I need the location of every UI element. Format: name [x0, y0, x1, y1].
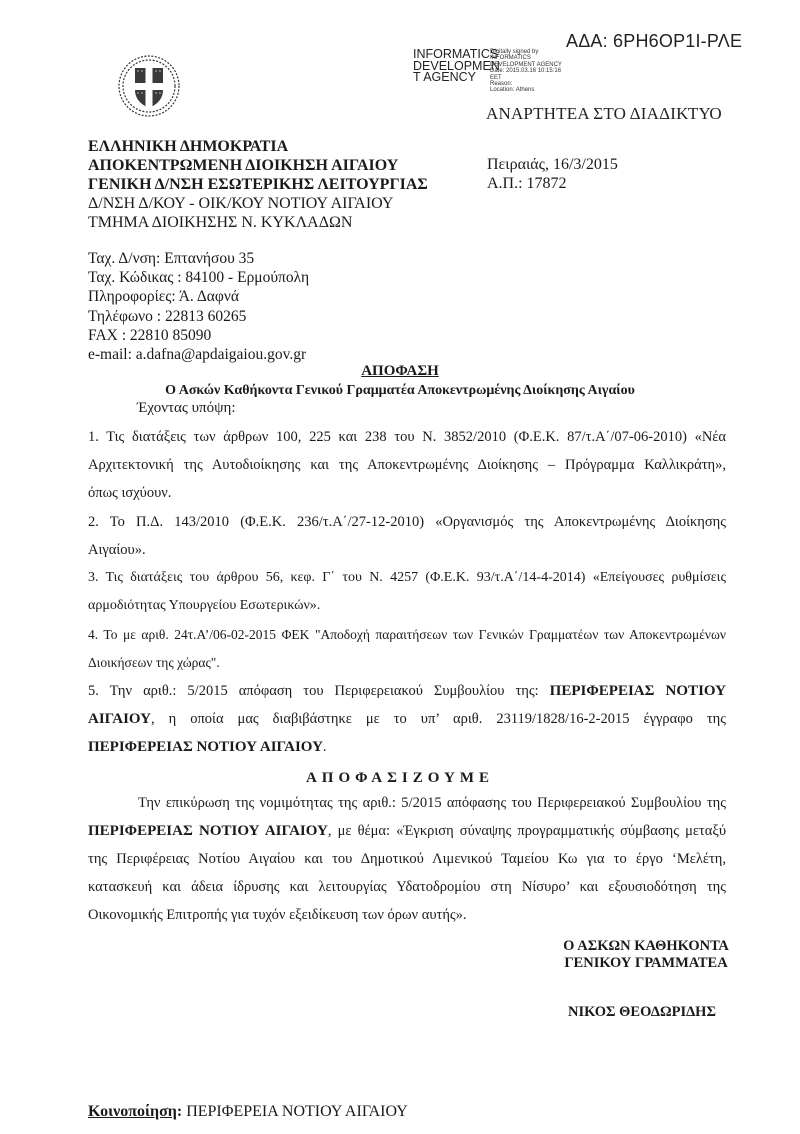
header-line: Δ/ΝΣΗ Δ/ΚΟΥ - ΟΙΚ/ΚΟΥ ΝΟΤΙΟΥ ΑΙΓΑΙΟΥ [88, 194, 428, 213]
signer-role: Ο ΑΣΚΩΝ ΚΑΘΗΚΟΝΤΑ ΓΕΝΙΚΟΥ ΓΡΑΜΜΑΤΕΑ [556, 938, 736, 972]
signature-detail-line: Location: Athens [490, 87, 562, 93]
header-line: ΤΜΗΜΑ ΔΙΟΙΚΗΣΗΣ Ν. ΚΥΚΛΑΔΩΝ [88, 213, 428, 232]
signer-role-line: ΓΕΝΙΚΟΥ ΓΡΑΜΜΑΤΕΑ [556, 955, 736, 972]
decision-body: Την επικύρωση της νομιμότητας της αριθ.:… [88, 789, 726, 929]
consideration-item-4: 4. Το με αριθ. 24τ.Α’/06-02-2015 ΦΕΚ "Απ… [88, 621, 726, 677]
place-date: Πειραιάς, 16/3/2015 [487, 155, 618, 174]
signer-role-line: Ο ΑΣΚΩΝ ΚΑΘΗΚΟΝΤΑ [556, 938, 736, 955]
notification-recipient: ΠΕΡΙΦΕΡΕΙΑ ΝΟΤΙΟΥ ΑΙΓΑΙΟΥ [186, 1103, 408, 1120]
contact-info: Ταχ. Δ/νση: Επτανήσου 35 Ταχ. Κώδικας : … [88, 249, 309, 364]
ada-code: ΑΔΑ: 6ΡΗ6ΟΡ1Ι-ΡΛΕ [566, 31, 742, 52]
contact-fax: FAX : 22810 85090 [88, 326, 309, 345]
consideration-item-1: 1. Τις διατάξεις των άρθρων 100, 225 και… [88, 423, 726, 507]
header-line: ΑΠΟΚΕΝΤΡΩΜΕΝΗ ΔΙΟΙΚΗΣΗ ΑΙΓΑΙΟΥ [88, 156, 428, 175]
notification-label: Κοινοποίηση [88, 1103, 177, 1120]
contact-info-person: Πληροφορίες: Ά. Δαφνά [88, 287, 309, 306]
header-line: ΓΕΝΙΚΗ Δ/ΝΣΗ ΕΣΩΤΕΡΙΚΗΣ ΛΕΙΤΟΥΡΓΙΑΣ [88, 175, 428, 194]
signer-name: ΝΙΚΟΣ ΘΕΟΔΩΡΙΔΗΣ [568, 1004, 716, 1021]
digital-signature-agency: INFORMATICS DEVELOPMEN T AGENCY [413, 49, 500, 84]
considerations-intro: Έχοντας υπόψη: [137, 400, 236, 417]
decide-heading: ΑΠΟΦΑΣΙΖΟΥΜΕ [0, 770, 800, 787]
consideration-item-5: 5. Την αριθ.: 5/2015 απόφαση του Περιφερ… [88, 677, 726, 761]
contact-phone: Τηλέφωνο : 22813 60265 [88, 307, 309, 326]
signature-detail-line: Date: 2015.03.16 10:15:16 [490, 68, 562, 74]
agency-line: T AGENCY [413, 72, 500, 84]
notification-line: Κοινοποίηση: ΠΕΡΙΦΕΡΕΙΑ ΝΟΤΙΟΥ ΑΙΓΑΙΟΥ [88, 1103, 408, 1121]
place-date-block: Πειραιάς, 16/3/2015 Α.Π.: 17872 [487, 155, 618, 193]
protocol-number: Α.Π.: 17872 [487, 174, 618, 193]
post-online-notice: ΑΝΑΡΤΗΤΕΑ ΣΤΟ ΔΙΑΔΙΚΤΥΟ [486, 104, 722, 124]
decision-title: ΑΠΟΦΑΣΗ [0, 363, 800, 380]
header-line: ΕΛΛΗΝΙΚΗ ΔΗΜΟΚΡΑΤΙΑ [88, 137, 428, 156]
decision-subtitle: Ο Ασκών Καθήκοντα Γενικού Γραμματέα Αποκ… [0, 383, 800, 399]
digital-signature-details: Digitally signed by INFORMATICS DEVELOPM… [490, 49, 562, 94]
greek-emblem-icon [115, 52, 183, 120]
consideration-item-3: 3. Τις διατάξεις του άρθρου 56, κεφ. Γ΄ … [88, 564, 726, 620]
contact-postal-code: Ταχ. Κώδικας : 84100 - Ερμούπολη [88, 268, 309, 287]
contact-address: Ταχ. Δ/νση: Επτανήσου 35 [88, 249, 309, 268]
issuing-authority-header: ΕΛΛΗΝΙΚΗ ΔΗΜΟΚΡΑΤΙΑ ΑΠΟΚΕΝΤΡΩΜΕΝΗ ΔΙΟΙΚΗ… [88, 137, 428, 232]
contact-email: e-mail: a.dafna@apdaigaiou.gov.gr [88, 345, 309, 364]
consideration-item-2: 2. Το Π.Δ. 143/2010 (Φ.Ε.Κ. 236/τ.Α΄/27-… [88, 508, 726, 564]
